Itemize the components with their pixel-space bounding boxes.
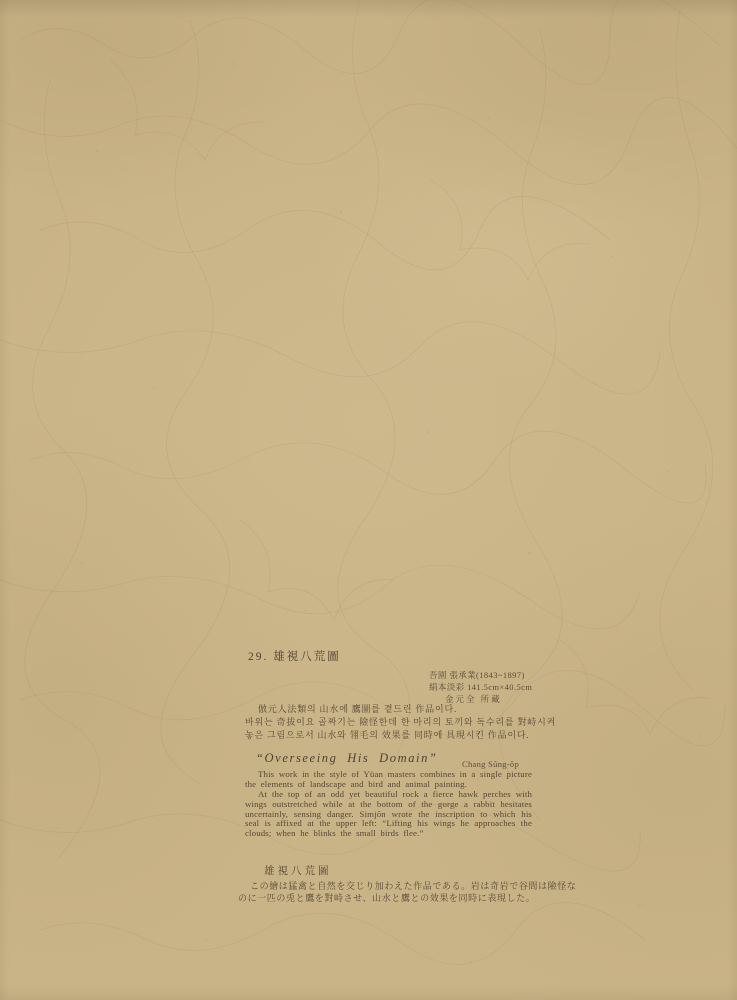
japanese-line-1: この繪は猛禽と自然を交じり加わえた作品である。岩は奇岩で谷間は險怪な <box>238 881 532 893</box>
english-paragraph-1: This work in the style of Yüan masters c… <box>245 770 532 790</box>
catalog-page: 29. 雄視八荒圖 吾園 張承業(1843~1897) 絹本淡彩 141.5cm… <box>0 0 737 1000</box>
entry-number-title: 29. 雄視八荒圖 <box>248 648 341 664</box>
japanese-paragraph: この繪は猛禽と自然を交じり加わえた作品である。岩は奇岩で谷間は險怪な のに一匹の… <box>238 881 532 904</box>
credit-medium-line: 絹本淡彩 141.5cm×40.5cm <box>429 681 532 693</box>
korean-line-2: 바위는 奇拔이요 골짜기는 險怪한데 한 마리의 토끼와 독수리를 對峙시켜 <box>245 716 532 729</box>
korean-line-3: 놓은 그림으로서 山水와 翎毛의 效果를 同時에 具現시킨 作品이다. <box>245 729 532 742</box>
korean-description: 倣元人法類의 山水에 鷹圖를 곁드린 作品이다. 바위는 奇拔이요 골짜기는 險… <box>245 703 532 743</box>
korean-line-1: 倣元人法類의 山水에 鷹圖를 곁드린 作品이다. <box>245 703 532 716</box>
japanese-line-2: のに一匹の兎と鷹を對峙させ、山水と鷹との效果を同時に表現した。 <box>238 893 532 905</box>
english-paragraph-2: At the top of an odd yet beautiful rock … <box>245 790 532 839</box>
english-artist-name: Chang Sŭng-ŏp <box>462 759 519 769</box>
paper-crackle-texture <box>0 0 737 1000</box>
credit-artist-line: 吾園 張承業(1843~1897) <box>429 669 532 681</box>
japanese-heading: 雄視八荒圖 <box>264 863 332 878</box>
english-title: “Overseeing His Domain” <box>256 751 438 766</box>
credit-block: 吾園 張承業(1843~1897) 絹本淡彩 141.5cm×40.5cm 金元… <box>429 669 532 705</box>
